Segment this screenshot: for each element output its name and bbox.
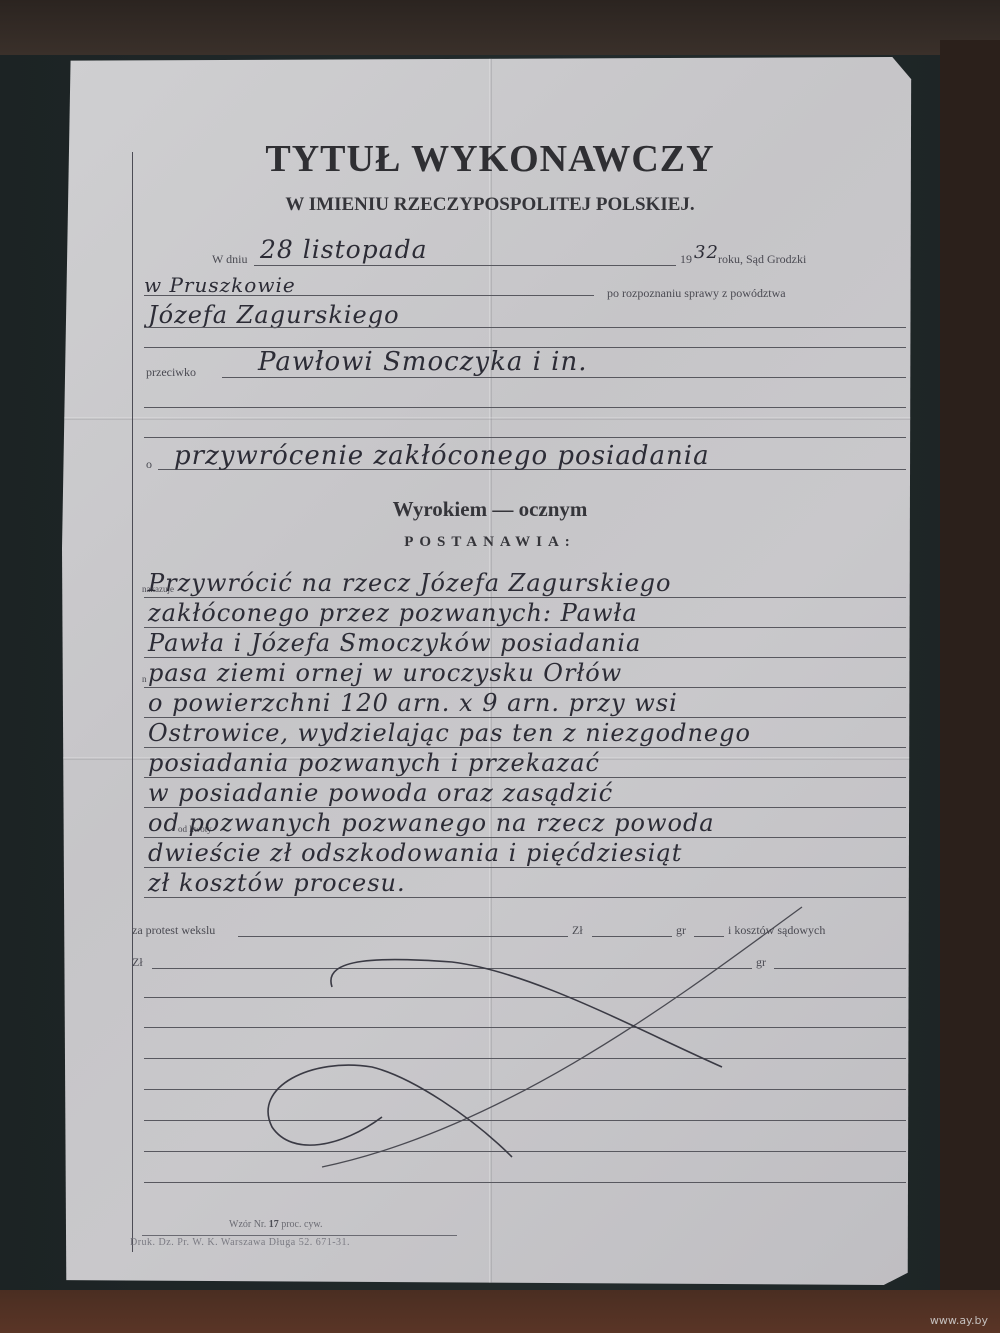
model-suffix: proc. cyw. <box>281 1219 322 1230</box>
model-prefix: Wzór Nr. <box>229 1219 266 1230</box>
court-location: w Pruszkowie <box>144 273 296 297</box>
costs-zl: Zł <box>132 955 143 970</box>
decision-line: Ostrowice, wydzielając pas ten z niezgod… <box>148 719 751 747</box>
date-rule <box>254 265 676 266</box>
decision-rule <box>144 597 906 598</box>
decision-line: zł kosztów procesu. <box>148 869 406 897</box>
decision-rule <box>144 897 906 898</box>
blank-rule <box>144 437 906 438</box>
year-value: 32 <box>694 242 719 263</box>
costs-gr-rule <box>774 968 906 969</box>
cancellation-flourish <box>212 917 772 1177</box>
decision-rule <box>144 807 906 808</box>
decision-rule <box>144 717 906 718</box>
table-surface <box>0 1290 1000 1333</box>
subject-label: o <box>146 457 152 472</box>
year-prefix: 19 <box>680 252 692 267</box>
against-rule <box>222 377 906 378</box>
date-label: W dniu <box>212 252 247 267</box>
decides-label: POSTANAWIA: <box>62 534 918 551</box>
decision-line: w posiadanie powoda oraz zasądzić <box>148 779 613 807</box>
decision-rule <box>144 867 906 868</box>
document-subtitle: W IMIENIU RZECZYPOSPOLITEJ POLSKIEJ. <box>62 194 918 216</box>
watermark: www.ay.by <box>930 1314 988 1327</box>
blank-rule <box>144 1182 906 1183</box>
decision-rule <box>144 657 906 658</box>
decision-rule <box>144 777 906 778</box>
court-rule <box>144 295 594 296</box>
decision-rule <box>144 687 906 688</box>
defendant-name: Pawłowi Smoczyka i in. <box>258 347 588 377</box>
blank-rule <box>144 407 906 408</box>
plaintiff-rule <box>144 327 906 328</box>
background-edge <box>940 40 1000 1290</box>
plaintiff-name: Józefa Zagurskiego <box>148 301 400 329</box>
document-title: TYTUŁ WYKONAWCZY <box>62 137 918 181</box>
decision-line: o powierzchni 120 arn. x 9 arn. przy wsi <box>148 689 678 717</box>
model-number: 17 <box>269 1219 279 1230</box>
printer-imprint: Druk. Dz. Pr. W. K. Warszawa Długa 52. 6… <box>130 1237 350 1248</box>
decision-rule <box>144 837 906 838</box>
decision-line: zakłóconego przez pozwanych: Pawła <box>148 599 638 627</box>
form-model-number: Wzór Nr. 17 proc. cyw. <box>229 1219 323 1230</box>
claim-label: po rozpoznaniu sprawy z powództwa <box>607 286 786 301</box>
horizontal-fold <box>62 417 918 420</box>
decision-line: posiadania pozwanych i przekazać <box>148 749 600 777</box>
date-value: 28 listopada <box>260 235 428 264</box>
year-suffix: roku, Sąd Grodzki <box>718 252 806 267</box>
subject-value: przywrócenie zakłóconego posiadania <box>174 441 710 471</box>
decision-line: Pawła i Józefa Smoczyków posiadania <box>148 629 641 657</box>
protest-label: za protest wekslu <box>132 923 215 938</box>
margin-label-second: n <box>142 674 147 684</box>
decision-line: od pozwanych pozwanego na rzecz powoda <box>148 809 715 837</box>
decision-rule <box>144 627 906 628</box>
decision-rule <box>144 747 906 748</box>
decision-line: pasa ziemi ornej w uroczysku Orłów <box>148 659 622 687</box>
decision-line: Przywrócić na rzecz Józefa Zagurskiego <box>148 569 671 597</box>
shelf-background <box>0 0 1000 55</box>
document-paper: TYTUŁ WYKONAWCZY W IMIENIU RZECZYPOSPOLI… <box>62 57 918 1285</box>
margin-line <box>132 152 133 1252</box>
verdict-label: Wyrokiem — ocznym <box>62 497 918 522</box>
footer-rule <box>142 1235 457 1236</box>
against-label: przeciwko <box>146 365 196 380</box>
decision-line: dwieście zł odszkodowania i pięćdziesiąt <box>148 839 682 867</box>
